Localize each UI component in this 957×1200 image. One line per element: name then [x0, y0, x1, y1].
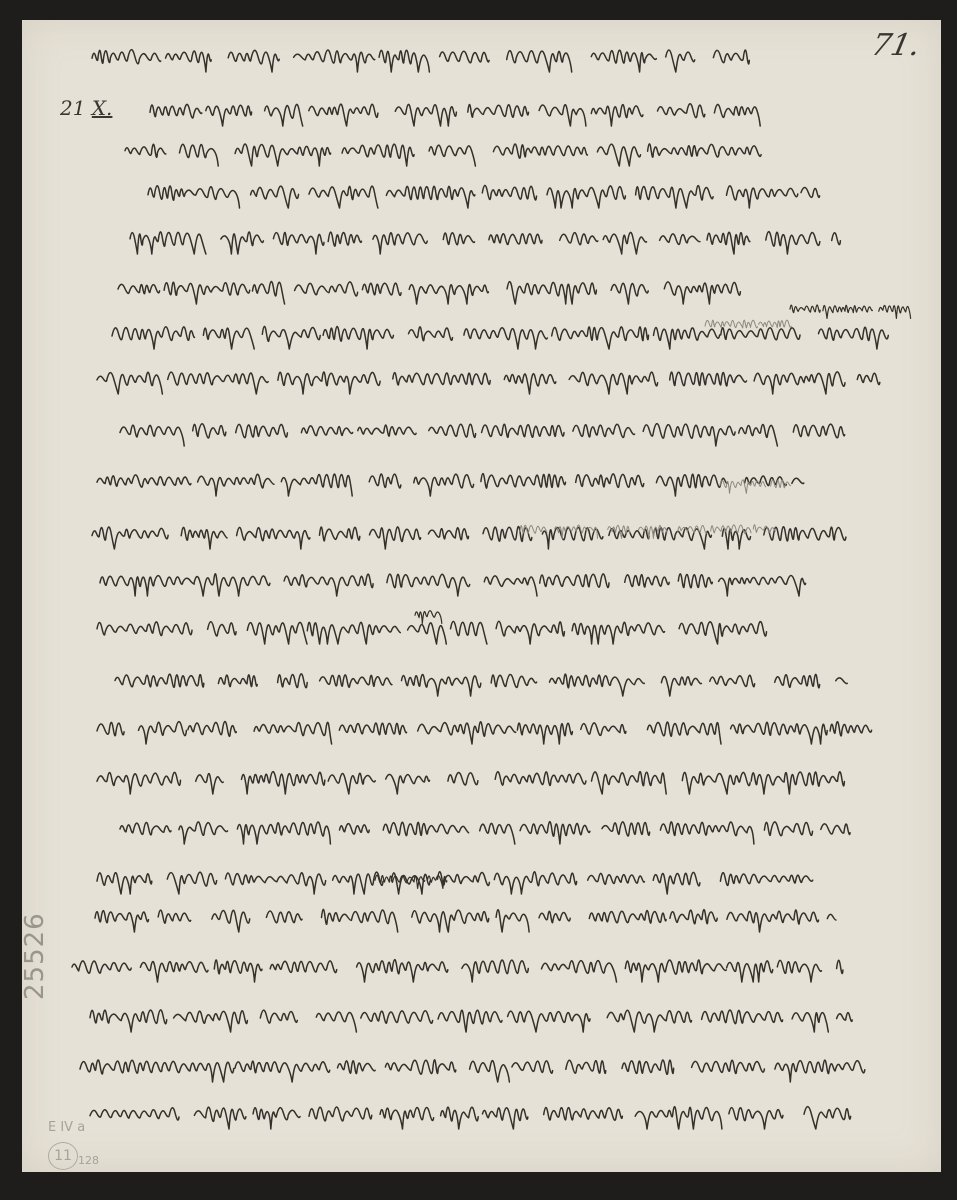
handwritten-line: [92, 527, 846, 549]
handwritten-line: [148, 185, 820, 208]
sub-number: 128: [78, 1154, 99, 1167]
handwritten-line: [90, 1010, 852, 1032]
handwritten-line: [130, 232, 840, 254]
handwritten-line: [115, 674, 847, 696]
handwritten-line: [120, 424, 845, 446]
handwritten-line: [90, 1107, 851, 1129]
archival-stamp: E IV a 11 128: [48, 1120, 85, 1135]
handwriting-layer: [0, 0, 957, 1200]
handwritten-line: [97, 372, 880, 394]
handwritten-line: [112, 326, 888, 349]
handwritten-line: [97, 772, 844, 794]
handwritten-line: [120, 822, 850, 844]
catalog-number: 25526: [20, 912, 50, 1000]
handwritten-line: [95, 909, 836, 932]
handwritten-line: [97, 722, 872, 744]
handwritten-line: [705, 320, 791, 328]
handwritten-line: [150, 104, 760, 126]
handwritten-line: [97, 621, 767, 644]
handwritten-line: [97, 474, 804, 496]
handwritten-line: [118, 281, 740, 304]
handwritten-line: [72, 960, 843, 982]
handwritten-line: [125, 144, 761, 166]
handwritten-line: [415, 611, 442, 624]
circled-number: 11: [48, 1142, 78, 1170]
handwritten-line: [97, 872, 813, 894]
archive-signature: E IV a: [48, 1120, 85, 1135]
handwritten-line: [790, 305, 911, 318]
handwritten-line: [100, 574, 806, 596]
handwritten-line: [92, 50, 749, 72]
handwritten-line: [80, 1060, 865, 1082]
handwritten-line: [720, 480, 791, 494]
